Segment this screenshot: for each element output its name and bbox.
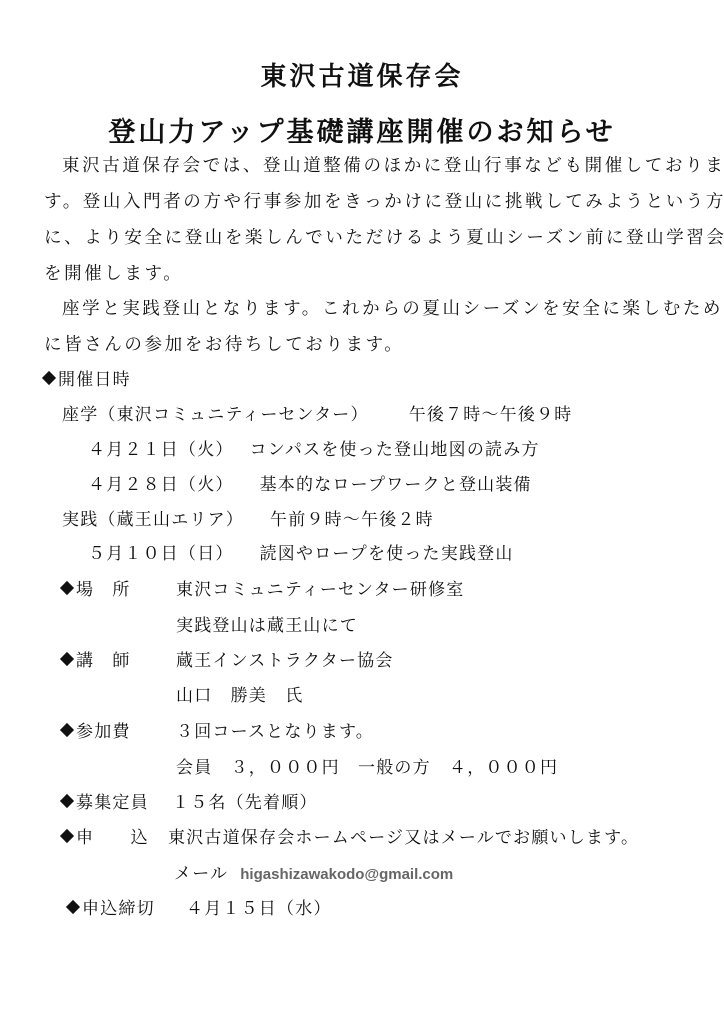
deadline-value: ４月１５日（水）	[186, 899, 332, 919]
email-link[interactable]: higashizawakodo@gmail.com	[240, 866, 453, 883]
schedule-heading-label: 開催日時	[58, 370, 131, 390]
intro-line: に、より安全に登山を楽しんでいただけるよう夏山シーズン前に登山学習会	[44, 227, 724, 249]
fee-course: ３回コースとなります。	[176, 722, 374, 742]
capacity-label: 募集定員	[76, 792, 172, 814]
lecture-session: ４月２１日（火）コンパスを使った登山地図の読み方	[88, 439, 540, 461]
instructor-org: 蔵王インストラクター協会	[176, 651, 394, 671]
diamond-bullet-icon	[60, 581, 74, 595]
venue-row: 場 所東沢コミュニティーセンター研修室	[62, 579, 464, 601]
fee-row: 参加費３回コースとなります。	[62, 721, 374, 743]
fee-amounts: 会員 ３，０００円 一般の方 ４，０００円	[176, 757, 558, 779]
practice-label: 実践（蔵王山エリア）	[62, 510, 244, 530]
diamond-bullet-icon	[60, 652, 74, 666]
practice-session: ５月１０日（日）読図やロープを使った実践登山	[88, 543, 514, 565]
instructor-row: 講 師蔵王インストラクター協会	[62, 650, 394, 672]
venue-label: 場 所	[76, 579, 176, 601]
session-topic: 読図やロープを使った実践登山	[260, 544, 514, 564]
application-label: 申 込	[76, 827, 168, 849]
session-date: ５月１０日（日）	[88, 544, 234, 564]
instructor-label: 講 師	[76, 650, 176, 672]
intro-line: を開催します。	[44, 263, 183, 285]
practice-row: 実践（蔵王山エリア）午前９時～午後２時	[62, 509, 434, 531]
page-title: 登山力アップ基礎講座開催のお知らせ	[0, 110, 724, 149]
lecture-row: 座学（東沢コミュニティーセンター）午後７時～午後９時	[62, 404, 573, 426]
diamond-bullet-icon	[60, 829, 74, 843]
intro-line: に皆さんの参加をお待ちしております。	[44, 334, 404, 356]
session-date: ４月２１日（火）	[88, 440, 234, 460]
capacity-row: 募集定員１５名（先着順）	[62, 792, 318, 814]
practice-time: 午前９時～午後２時	[270, 510, 434, 530]
capacity-value: １５名（先着順）	[172, 793, 318, 813]
session-date: ４月２８日（火）	[88, 475, 234, 495]
diamond-bullet-icon	[60, 723, 74, 737]
fee-label: 参加費	[76, 721, 176, 743]
instructor-name: 山口 勝美 氏	[176, 685, 303, 707]
diamond-bullet-icon	[60, 794, 74, 808]
application-value: 東沢古道保存会ホームページ又はメールでお願いします。	[168, 828, 639, 848]
application-row: 申 込東沢古道保存会ホームページ又はメールでお願いします。	[62, 827, 639, 849]
organization-title: 東沢古道保存会	[0, 56, 724, 93]
venue-value: 東沢コミュニティーセンター研修室	[176, 580, 464, 600]
session-topic: コンパスを使った登山地図の読み方	[250, 440, 540, 460]
lecture-time: 午後７時～午後９時	[409, 405, 573, 425]
lecture-label: 座学（東沢コミュニティーセンター）	[62, 405, 369, 425]
lecture-session: ４月２８日（火）基本的なロープワークと登山装備	[88, 474, 532, 496]
intro-line: 東沢古道保存会では、登山道整備のほかに登山行事なども開催しておりま	[62, 155, 724, 177]
diamond-bullet-icon	[42, 371, 56, 385]
intro-line: 座学と実践登山となります。これからの夏山シーズンを安全に楽しむため	[62, 298, 723, 320]
schedule-heading: 開催日時	[44, 369, 131, 391]
session-topic: 基本的なロープワークと登山装備	[260, 475, 532, 495]
deadline-label: 申込締切	[82, 898, 186, 920]
diamond-bullet-icon	[66, 900, 80, 914]
email-row: メールhigashizawakodo@gmail.com	[174, 863, 453, 886]
deadline-row: 申込締切４月１５日（水）	[68, 898, 332, 920]
intro-line: す。登山入門者の方や行事参加をきっかけに登山に挑戦してみようという方	[44, 191, 724, 213]
mail-label: メール	[174, 864, 228, 884]
venue-note: 実践登山は蔵王山にて	[176, 615, 358, 637]
